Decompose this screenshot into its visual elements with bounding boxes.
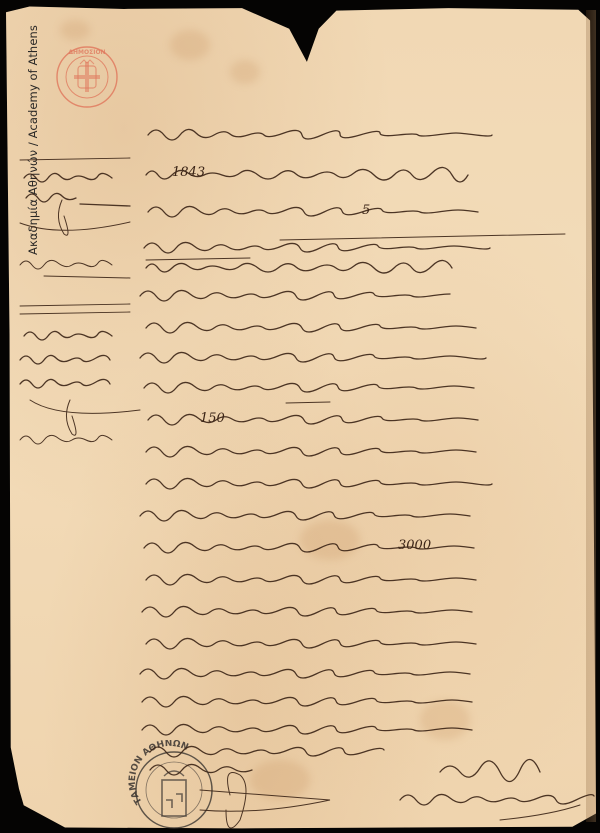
handwritten-body-text: [0, 0, 600, 833]
year-1843: 1843: [172, 165, 205, 180]
amount-3000: 3000: [398, 538, 431, 553]
number-150: 150: [200, 411, 225, 426]
hour-number: 5: [362, 203, 370, 218]
